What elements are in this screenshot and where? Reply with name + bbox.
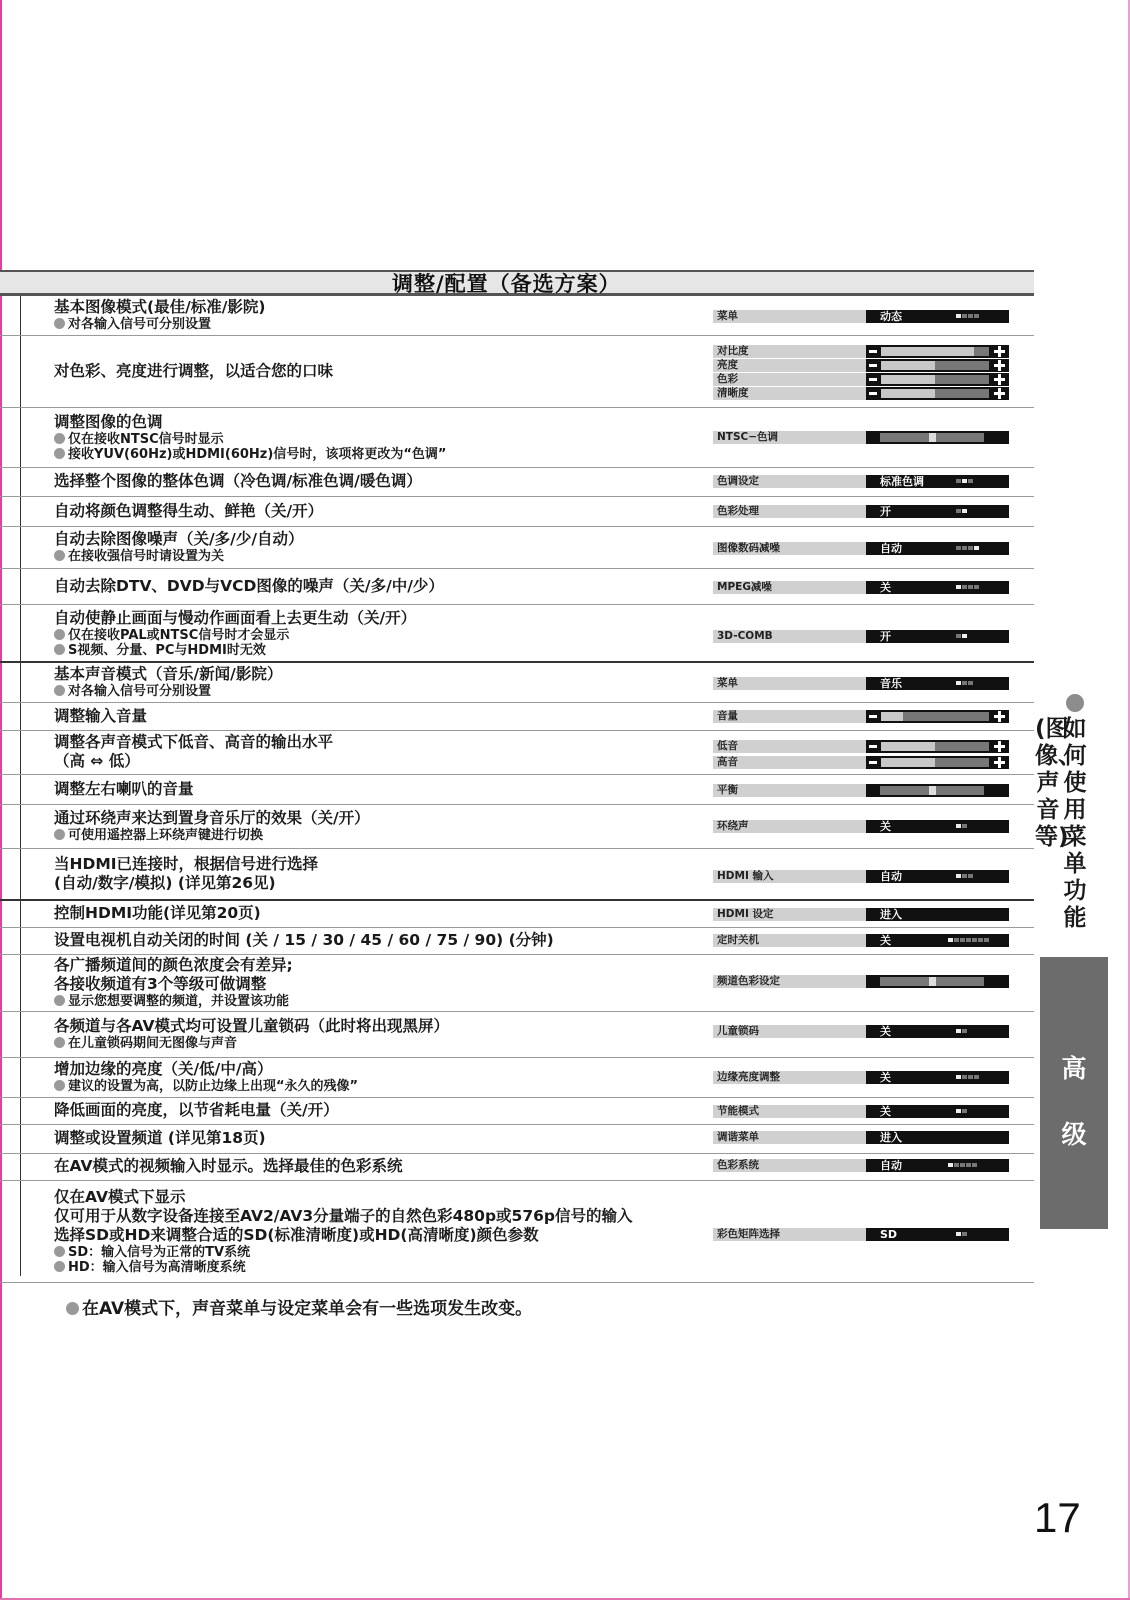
menu-setting-slider[interactable]: 亮度 xyxy=(713,359,1009,372)
row-note-text: 在接收强信号时请设置为关 xyxy=(68,549,224,564)
bullet-icon xyxy=(54,629,65,640)
row-title: 选择整个图像的整体色调（冷色调/标准色调/暖色调） xyxy=(54,472,704,491)
row-title: 通过环绕声来达到置身音乐厅的效果（关/开） xyxy=(54,809,704,828)
setting-label: 高音 xyxy=(713,756,866,769)
setting-slider[interactable] xyxy=(866,740,1009,753)
setting-slider[interactable] xyxy=(866,345,1009,358)
option-indicator xyxy=(956,874,973,878)
setting-value-selector[interactable]: 音乐 xyxy=(866,677,1009,690)
setting-value: 关 xyxy=(880,820,891,833)
table-row: 降低画面的亮度，以节省耗电量（关/开）节能模式关 xyxy=(0,1098,1034,1125)
row-note-text: HD：输入信号为高清晰度系统 xyxy=(68,1260,246,1275)
row-description: 自动将颜色调整得生动、鲜艳（关/开） xyxy=(54,502,704,521)
row-title: 自动将颜色调整得生动、鲜艳（关/开） xyxy=(54,502,704,521)
row-note: 在接收强信号时请设置为关 xyxy=(54,549,704,564)
option-indicator xyxy=(956,824,967,828)
table-row: 通过环绕声来达到置身音乐厅的效果（关/开）可使用遥控器上环绕声键进行切换环绕声关 xyxy=(0,805,1034,849)
minus-icon xyxy=(869,392,877,395)
option-indicator xyxy=(948,938,989,942)
setting-label: 调谐菜单 xyxy=(713,1131,866,1144)
menu-setting-select[interactable]: 调谐菜单进入 xyxy=(713,1131,1009,1144)
table-row: 自动使静止画面与慢动作画面看上去更生动（关/开）仅在接收PAL或NTSC信号时才… xyxy=(0,605,1034,663)
row-title: 基本图像模式(最佳/标准/影院) xyxy=(54,298,704,317)
setting-value-selector[interactable]: 开 xyxy=(866,630,1009,643)
bullet-icon xyxy=(54,644,65,655)
minus-icon xyxy=(869,761,877,764)
slider-fill xyxy=(881,758,935,767)
setting-center-slider[interactable] xyxy=(866,975,1009,988)
table-row: 选择整个图像的整体色调（冷色调/标准色调/暖色调）色调设定标准色调 xyxy=(0,468,1034,497)
setting-label: NTSC−色调 xyxy=(713,431,866,444)
menu-setting-select[interactable]: 定时关机关 xyxy=(713,934,1009,947)
setting-value-selector[interactable]: 动态 xyxy=(866,310,1009,323)
row-note: 仅在接收NTSC信号时显示 xyxy=(54,432,704,447)
setting-value: 进入 xyxy=(880,1131,902,1144)
row-description: 基本图像模式(最佳/标准/影院)对各输入信号可分别设置 xyxy=(54,298,704,332)
setting-label: 定时关机 xyxy=(713,934,866,947)
setting-value: 开 xyxy=(880,630,891,643)
plus-icon xyxy=(994,374,1005,385)
option-indicator xyxy=(956,1232,967,1236)
row-description: 设置电视机自动关闭的时间 (关 / 15 / 30 / 45 / 60 / 75… xyxy=(54,931,704,950)
row-title: 设置电视机自动关闭的时间 (关 / 15 / 30 / 45 / 60 / 75… xyxy=(54,931,704,950)
setting-slider[interactable] xyxy=(866,373,1009,386)
table-row: 控制HDMI功能(详见第20页)HDMI 设定进入 xyxy=(0,901,1034,928)
table-row: 设置电视机自动关闭的时间 (关 / 15 / 30 / 45 / 60 / 75… xyxy=(0,928,1034,955)
minus-icon xyxy=(869,350,877,353)
row-title: 自动去除DTV、DVD与VCD图像的噪声（关/多/中/少） xyxy=(54,577,704,596)
row-title: 各频道与各AV模式均可设置儿童锁码（此时将出现黑屏） xyxy=(54,1017,704,1036)
row-description: 调整输入音量 xyxy=(54,707,704,726)
row-description: 基本声音模式（音乐/新闻/影院）对各输入信号可分别设置 xyxy=(54,665,704,699)
slider-track[interactable] xyxy=(880,977,984,986)
slider-track[interactable] xyxy=(881,758,989,767)
menu-setting-center[interactable]: 频道色彩设定 xyxy=(713,975,1009,988)
table-row: 基本声音模式（音乐/新闻/影院）对各输入信号可分别设置菜单音乐 xyxy=(0,663,1034,703)
menu-setting-select[interactable]: HDMI 设定进入 xyxy=(713,908,1009,921)
plus-icon xyxy=(994,346,1005,357)
setting-label: 清晰度 xyxy=(713,387,866,400)
row-title: 降低画面的亮度，以节省耗电量（关/开） xyxy=(54,1101,704,1120)
slider-track[interactable] xyxy=(880,786,984,795)
setting-value: 进入 xyxy=(880,908,902,921)
setting-value-selector[interactable]: 关 xyxy=(866,1025,1009,1038)
table-row: 调整输入音量音量 xyxy=(0,703,1034,731)
setting-label: MPEG减噪 xyxy=(713,581,866,594)
setting-value: 自动 xyxy=(880,870,902,883)
setting-slider[interactable] xyxy=(866,387,1009,400)
setting-value-selector[interactable]: 关 xyxy=(866,1105,1009,1118)
table-row: 调整或设置频道 (详见第18页)调谐菜单进入 xyxy=(0,1125,1034,1154)
bullet-icon xyxy=(54,448,65,459)
menu-setting-select[interactable]: 节能模式关 xyxy=(713,1105,1009,1118)
setting-label: 亮度 xyxy=(713,359,866,372)
row-title: 增加边缘的亮度（关/低/中/高） xyxy=(54,1060,704,1079)
plus-icon xyxy=(994,741,1005,752)
row-note-text: S视频、分量、PC与HDMI时无效 xyxy=(68,643,266,658)
row-description: 降低画面的亮度，以节省耗电量（关/开） xyxy=(54,1101,704,1120)
setting-label: 菜单 xyxy=(713,310,866,323)
table-row: 调整左右喇叭的音量平衡 xyxy=(0,775,1034,805)
row-title: 调整左右喇叭的音量 xyxy=(54,780,704,799)
row-note-text: 仅在接收PAL或NTSC信号时才会显示 xyxy=(68,628,289,643)
setting-value-selector[interactable]: 关 xyxy=(866,934,1009,947)
option-indicator xyxy=(956,509,967,513)
row-description: 自动使静止画面与慢动作画面看上去更生动（关/开）仅在接收PAL或NTSC信号时才… xyxy=(54,609,704,658)
option-indicator xyxy=(948,1163,977,1167)
row-note: S视频、分量、PC与HDMI时无效 xyxy=(54,643,704,658)
row-note: 显示您想要调整的频道，并设置该功能 xyxy=(54,994,704,1009)
setting-label: HDMI 输入 xyxy=(713,870,866,883)
row-note: 接收YUV(60Hz)或HDMI(60Hz)信号时，该项将更改为“色调” xyxy=(54,447,704,462)
setting-label: 节能模式 xyxy=(713,1105,866,1118)
plus-icon xyxy=(994,711,1005,722)
setting-label: 低音 xyxy=(713,740,866,753)
row-note: HD：输入信号为高清晰度系统 xyxy=(54,1260,704,1275)
section-bullet-icon xyxy=(1066,694,1084,712)
slider-track[interactable] xyxy=(881,375,989,384)
setting-value: 关 xyxy=(880,934,891,947)
table-row: 自动去除DTV、DVD与VCD图像的噪声（关/多/中/少）MPEG减噪关 xyxy=(0,569,1034,605)
section-tab-label-1: 高 xyxy=(1040,1049,1108,1085)
row-description: 各频道与各AV模式均可设置儿童锁码（此时将出现黑屏）在儿童锁码期间无图像与声音 xyxy=(54,1017,704,1051)
row-description: 调整左右喇叭的音量 xyxy=(54,780,704,799)
row-description: 当HDMI已连接时，根据信号进行选择(自动/数字/模拟) (详见第26见) xyxy=(54,855,704,893)
row-title: 对色彩、亮度进行调整，以适合您的口味 xyxy=(54,362,704,381)
row-title: 在AV模式的视频输入时显示。选择最佳的色彩系统 xyxy=(54,1157,704,1176)
setting-label: 色调设定 xyxy=(713,475,866,488)
option-indicator xyxy=(956,681,973,685)
setting-label: 彩色矩阵选择 xyxy=(713,1228,866,1241)
setting-label: 色彩处理 xyxy=(713,505,866,518)
row-note: 对各输入信号可分别设置 xyxy=(54,317,704,332)
side-subtitle: (图像、声音等) xyxy=(1035,716,1061,851)
row-title: 仅在AV模式下显示 xyxy=(54,1188,704,1207)
option-indicator xyxy=(956,479,973,483)
option-indicator xyxy=(956,585,979,589)
slider-knob[interactable] xyxy=(929,786,936,795)
menu-setting-center[interactable]: 平衡 xyxy=(713,784,1009,797)
plus-icon xyxy=(994,388,1005,399)
table-row: 在AV模式的视频输入时显示。选择最佳的色彩系统色彩系统自动 xyxy=(0,1154,1034,1181)
row-title: 仅可用于从数字设备连接至AV2/AV3分量端子的自然色彩480p或576p信号的… xyxy=(54,1207,704,1226)
section-tab-label-2: 级 xyxy=(1040,1115,1108,1151)
menu-setting-select[interactable]: 菜单动态 xyxy=(713,310,1009,323)
row-title: 选择SD或HD来调整合适的SD(标准清晰度)或HD(高清晰度)颜色参数 xyxy=(54,1226,704,1245)
menu-setting-select[interactable]: 儿童锁码关 xyxy=(713,1025,1009,1038)
table-row: 对色彩、亮度进行调整，以适合您的口味对比度亮度色彩清晰度 xyxy=(0,336,1034,408)
row-title: （高 ⇔ 低） xyxy=(54,752,704,771)
setting-center-slider[interactable] xyxy=(866,784,1009,797)
row-note-text: 对各输入信号可分别设置 xyxy=(68,317,211,332)
setting-center-slider[interactable] xyxy=(866,431,1009,444)
menu-setting-select[interactable]: MPEG减噪关 xyxy=(713,581,1009,594)
row-description: 调整图像的色调仅在接收NTSC信号时显示接收YUV(60Hz)或HDMI(60H… xyxy=(54,413,704,462)
bullet-icon xyxy=(54,829,65,840)
menu-setting-slider[interactable]: 音量 xyxy=(713,710,1009,723)
row-description: 各广播频道间的颜色浓度会有差异;各接收频道有3个等级可做调整显示您想要调整的频道… xyxy=(54,956,704,1009)
plus-icon xyxy=(994,360,1005,371)
row-description: 在AV模式的视频输入时显示。选择最佳的色彩系统 xyxy=(54,1157,704,1176)
minus-icon xyxy=(869,715,877,718)
bullet-icon xyxy=(54,318,65,329)
menu-setting-select[interactable]: 色彩系统自动 xyxy=(713,1159,1009,1172)
section-tab-advanced: 高 级 xyxy=(1040,957,1108,1229)
row-title: 调整输入音量 xyxy=(54,707,704,726)
row-note-text: 显示您想要调整的频道，并设置该功能 xyxy=(68,994,289,1009)
setting-value-selector[interactable]: 标准色调 xyxy=(866,475,1009,488)
setting-value: 关 xyxy=(880,1025,891,1038)
slider-fill xyxy=(881,389,935,398)
menu-setting-select[interactable]: 边缘亮度调整关 xyxy=(713,1071,1009,1084)
bullet-icon xyxy=(54,1037,65,1048)
row-description: 控制HDMI功能(详见第20页) xyxy=(54,904,704,923)
page-number: 17 xyxy=(1034,1494,1081,1542)
slider-fill xyxy=(881,347,974,356)
slider-fill xyxy=(881,361,935,370)
setting-value: 开 xyxy=(880,505,891,518)
row-title: 各广播频道间的颜色浓度会有差异; xyxy=(54,956,704,975)
menu-setting-center[interactable]: NTSC−色调 xyxy=(713,431,1009,444)
row-title: 自动去除图像噪声（关/多/少/自动） xyxy=(54,530,704,549)
setting-value-selector[interactable]: 关 xyxy=(866,581,1009,594)
setting-label: 环绕声 xyxy=(713,820,866,833)
menu-setting-select[interactable]: 彩色矩阵选择SD xyxy=(713,1228,1009,1241)
setting-value: 关 xyxy=(880,581,891,594)
menu-setting-slider[interactable]: 低音 xyxy=(713,740,1009,753)
row-title: 调整或设置频道 (详见第18页) xyxy=(54,1129,704,1148)
slider-track[interactable] xyxy=(881,347,989,356)
row-note: 在儿童锁码期间无图像与声音 xyxy=(54,1036,704,1051)
option-indicator xyxy=(956,1109,967,1113)
table-row: 自动去除图像噪声（关/多/少/自动）在接收强信号时请设置为关图像数码减噪自动 xyxy=(0,527,1034,569)
menu-setting-slider[interactable]: 高音 xyxy=(713,756,1009,769)
bullet-icon xyxy=(54,685,65,696)
slider-track[interactable] xyxy=(880,433,984,442)
row-note-text: 对各输入信号可分别设置 xyxy=(68,684,211,699)
table-row: 增加边缘的亮度（关/低/中/高）建议的设置为高，以防止边缘上出现“永久的残像”边… xyxy=(0,1058,1034,1098)
row-description: 通过环绕声来达到置身音乐厅的效果（关/开）可使用遥控器上环绕声键进行切换 xyxy=(54,809,704,843)
setting-value: 自动 xyxy=(880,1159,902,1172)
row-description: 自动去除图像噪声（关/多/少/自动）在接收强信号时请设置为关 xyxy=(54,530,704,564)
menu-setting-select[interactable]: 环绕声关 xyxy=(713,820,1009,833)
setting-value-selector[interactable]: 关 xyxy=(866,1071,1009,1084)
table-title: 调整/配置（备选方案） xyxy=(392,272,621,296)
row-note-text: 接收YUV(60Hz)或HDMI(60Hz)信号时，该项将更改为“色调” xyxy=(68,447,446,462)
row-description: 仅在AV模式下显示仅可用于从数字设备连接至AV2/AV3分量端子的自然色彩480… xyxy=(54,1188,704,1275)
bullet-icon xyxy=(54,995,65,1006)
setting-value-selector[interactable]: SD xyxy=(866,1228,1009,1241)
setting-value-selector[interactable]: 自动 xyxy=(866,1159,1009,1172)
row-title: 调整图像的色调 xyxy=(54,413,704,432)
setting-slider[interactable] xyxy=(866,710,1009,723)
option-indicator xyxy=(956,546,979,550)
bullet-icon xyxy=(54,1246,65,1257)
setting-label: 音量 xyxy=(713,710,866,723)
setting-value: SD xyxy=(880,1228,897,1241)
bullet-icon xyxy=(54,1080,65,1091)
row-description: 调整或设置频道 (详见第18页) xyxy=(54,1129,704,1148)
menu-setting-slider[interactable]: 色彩 xyxy=(713,373,1009,386)
table-row: 仅在AV模式下显示仅可用于从数字设备连接至AV2/AV3分量端子的自然色彩480… xyxy=(0,1181,1034,1283)
menu-setting-select[interactable]: 菜单音乐 xyxy=(713,677,1009,690)
slider-track[interactable] xyxy=(881,389,989,398)
slider-fill xyxy=(881,712,903,721)
minus-icon xyxy=(869,745,877,748)
setting-label: 色彩系统 xyxy=(713,1159,866,1172)
setting-value: 关 xyxy=(880,1105,891,1118)
setting-value-selector[interactable]: 开 xyxy=(866,505,1009,518)
option-indicator xyxy=(956,634,967,638)
row-title: 基本声音模式（音乐/新闻/影院） xyxy=(54,665,704,684)
setting-label: 频道色彩设定 xyxy=(713,975,866,988)
menu-setting-select[interactable]: 色彩处理开 xyxy=(713,505,1009,518)
row-title: 自动使静止画面与慢动作画面看上去更生动（关/开） xyxy=(54,609,704,628)
row-description: 自动去除DTV、DVD与VCD图像的噪声（关/多/中/少） xyxy=(54,577,704,596)
setting-label: 色彩 xyxy=(713,373,866,386)
table-row: 各广播频道间的颜色浓度会有差异;各接收频道有3个等级可做调整显示您想要调整的频道… xyxy=(0,955,1034,1012)
setting-value-selector[interactable]: 进入 xyxy=(866,1131,1009,1144)
row-note: 可使用遥控器上环绕声键进行切换 xyxy=(54,828,704,843)
slider-fill xyxy=(881,375,935,384)
table-row: 基本图像模式(最佳/标准/影院)对各输入信号可分别设置菜单动态 xyxy=(0,296,1034,336)
setting-label: 对比度 xyxy=(713,345,866,358)
setting-slider[interactable] xyxy=(866,359,1009,372)
setting-label: 3D-COMB xyxy=(713,630,866,643)
setting-label: 平衡 xyxy=(713,784,866,797)
setting-slider[interactable] xyxy=(866,756,1009,769)
row-title: 各接收频道有3个等级可做调整 xyxy=(54,975,704,994)
row-description: 调整各声音模式下低音、高音的输出水平（高 ⇔ 低） xyxy=(54,733,704,771)
row-note-text: 在儿童锁码期间无图像与声音 xyxy=(68,1036,237,1051)
row-note-text: 可使用遥控器上环绕声键进行切换 xyxy=(68,828,263,843)
slider-fill xyxy=(881,742,935,751)
setting-label: 儿童锁码 xyxy=(713,1025,866,1038)
setting-label: 图像数码减噪 xyxy=(713,542,866,555)
menu-setting-select[interactable]: 色调设定标准色调 xyxy=(713,475,1009,488)
row-note: 对各输入信号可分别设置 xyxy=(54,684,704,699)
setting-value-selector[interactable]: 自动 xyxy=(866,870,1009,883)
row-note-text: 建议的设置为高，以防止边缘上出现“永久的残像” xyxy=(68,1079,358,1094)
row-note: 建议的设置为高，以防止边缘上出现“永久的残像” xyxy=(54,1079,704,1094)
setting-value-selector[interactable]: 自动 xyxy=(866,542,1009,555)
row-note: SD：输入信号为正常的TV系统 xyxy=(54,1245,704,1260)
footnote: 在AV模式下，声音菜单与设定菜单会有一些选项发生改变。 xyxy=(66,1294,532,1319)
setting-value: 音乐 xyxy=(880,677,902,690)
slider-track[interactable] xyxy=(881,361,989,370)
row-note-text: 仅在接收NTSC信号时显示 xyxy=(68,432,224,447)
table-body: 基本图像模式(最佳/标准/影院)对各输入信号可分别设置菜单动态对色彩、亮度进行调… xyxy=(0,296,1034,1283)
menu-setting-select[interactable]: 图像数码减噪自动 xyxy=(713,542,1009,555)
option-indicator xyxy=(956,1075,979,1079)
row-description: 选择整个图像的整体色调（冷色调/标准色调/暖色调） xyxy=(54,472,704,491)
table-row: 当HDMI已连接时，根据信号进行选择(自动/数字/模拟) (详见第26见)HDM… xyxy=(0,849,1034,901)
minus-icon xyxy=(869,378,877,381)
row-note: 仅在接收PAL或NTSC信号时才会显示 xyxy=(54,628,704,643)
table-row: 各频道与各AV模式均可设置儿童锁码（此时将出现黑屏）在儿童锁码期间无图像与声音儿… xyxy=(0,1012,1034,1058)
bullet-icon xyxy=(54,550,65,561)
table-row: 调整各声音模式下低音、高音的输出水平（高 ⇔ 低）低音高音 xyxy=(0,731,1034,775)
bullet-icon xyxy=(54,1261,65,1272)
setting-value: 自动 xyxy=(880,542,902,555)
row-title: 控制HDMI功能(详见第20页) xyxy=(54,904,704,923)
setting-label: 边缘亮度调整 xyxy=(713,1071,866,1084)
option-indicator xyxy=(956,314,979,318)
slider-track[interactable] xyxy=(881,742,989,751)
setting-value: 关 xyxy=(880,1071,891,1084)
setting-value: 动态 xyxy=(880,310,902,323)
setting-label: 菜单 xyxy=(713,677,866,690)
row-description: 对色彩、亮度进行调整，以适合您的口味 xyxy=(54,362,704,381)
bullet-icon xyxy=(66,1302,79,1315)
footnote-text: 在AV模式下，声音菜单与设定菜单会有一些选项发生改变。 xyxy=(82,1299,532,1319)
menu-setting-slider[interactable]: 清晰度 xyxy=(713,387,1009,400)
plus-icon xyxy=(994,757,1005,768)
table-row: 自动将颜色调整得生动、鲜艳（关/开）色彩处理开 xyxy=(0,497,1034,527)
setting-value-selector[interactable]: 进入 xyxy=(866,908,1009,921)
slider-knob[interactable] xyxy=(929,433,936,442)
table-header: 调整/配置（备选方案） xyxy=(0,270,1034,296)
minus-icon xyxy=(869,364,877,367)
menu-setting-slider[interactable]: 对比度 xyxy=(713,345,1009,358)
table-row: 调整图像的色调仅在接收NTSC信号时显示接收YUV(60Hz)或HDMI(60H… xyxy=(0,408,1034,468)
slider-track[interactable] xyxy=(881,712,989,721)
row-note-text: SD：输入信号为正常的TV系统 xyxy=(68,1245,250,1260)
menu-setting-select[interactable]: HDMI 输入自动 xyxy=(713,870,1009,883)
settings-table: 调整/配置（备选方案） 基本图像模式(最佳/标准/影院)对各输入信号可分别设置菜… xyxy=(0,270,1034,1283)
row-title: 当HDMI已连接时，根据信号进行选择 xyxy=(54,855,704,874)
bullet-icon xyxy=(54,433,65,444)
row-description: 增加边缘的亮度（关/低/中/高）建议的设置为高，以防止边缘上出现“永久的残像” xyxy=(54,1060,704,1094)
row-title: 调整各声音模式下低音、高音的输出水平 xyxy=(54,733,704,752)
setting-value: 标准色调 xyxy=(880,475,924,488)
option-indicator xyxy=(956,1029,967,1033)
slider-knob[interactable] xyxy=(929,977,936,986)
row-title: (自动/数字/模拟) (详见第26见) xyxy=(54,874,704,893)
menu-setting-select[interactable]: 3D-COMB开 xyxy=(713,630,1009,643)
setting-label: HDMI 设定 xyxy=(713,908,866,921)
setting-value-selector[interactable]: 关 xyxy=(866,820,1009,833)
